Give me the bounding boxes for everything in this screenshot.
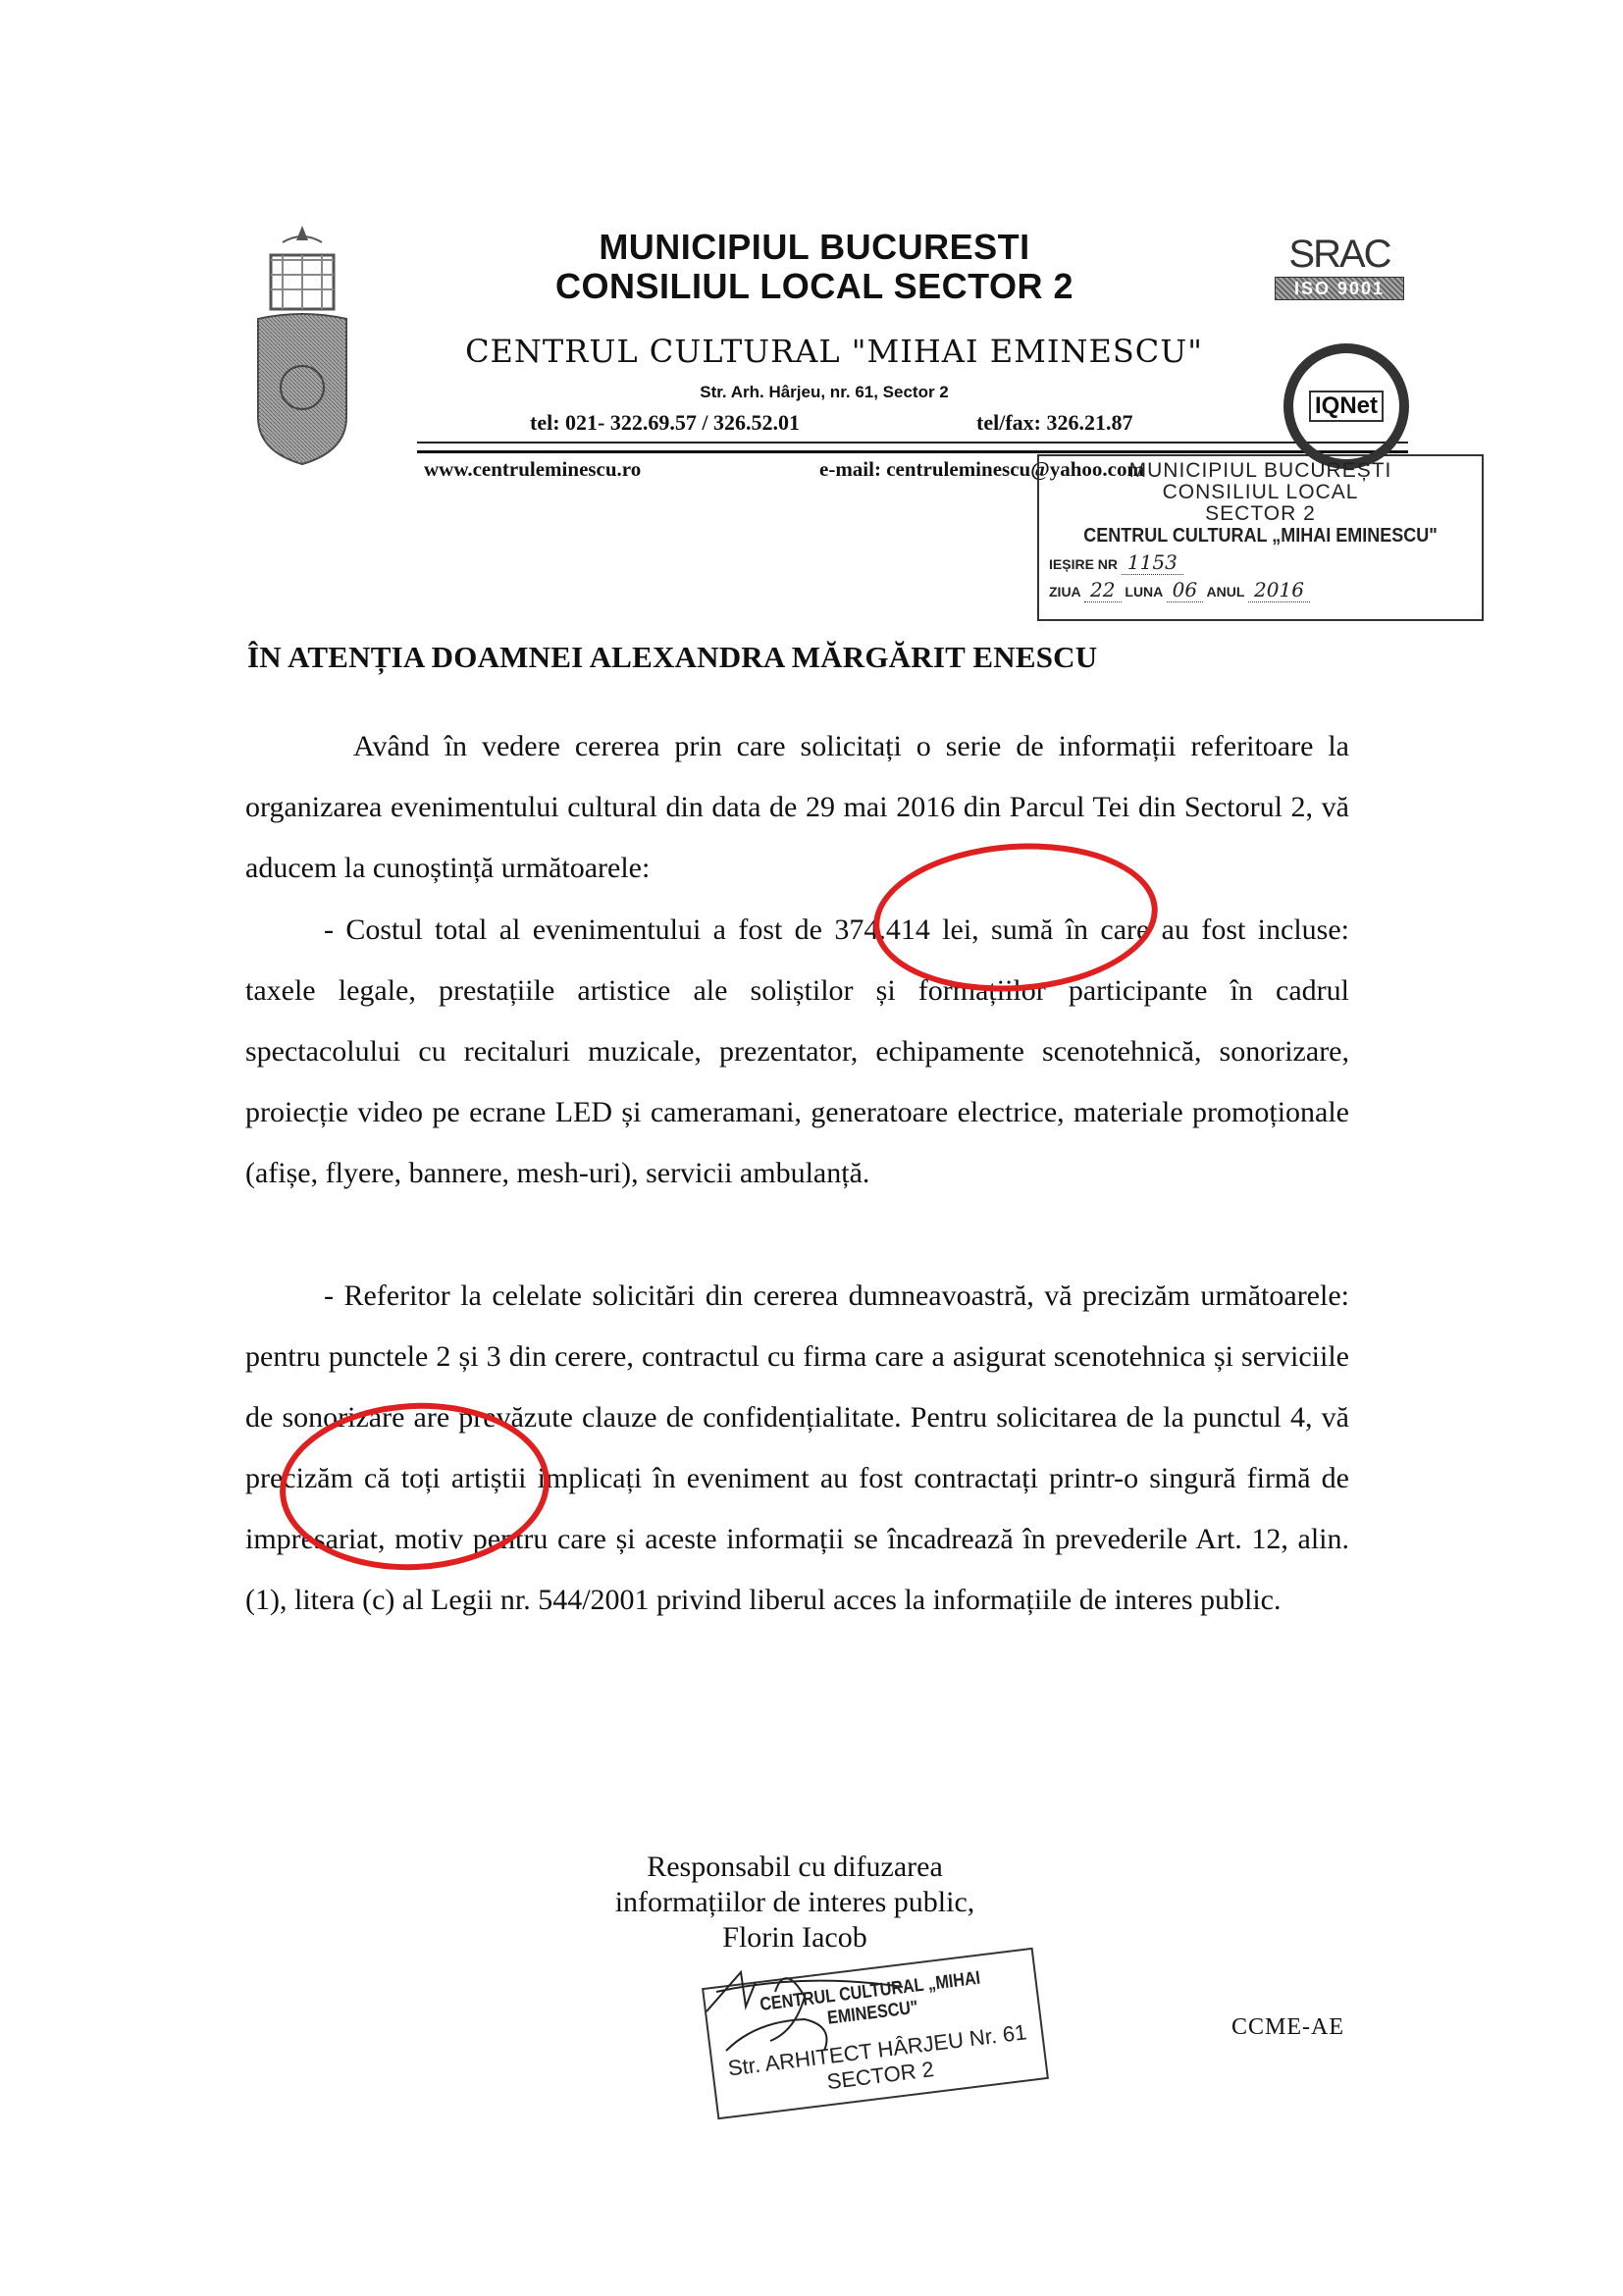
date-row: ZIUA 22 LUNA 06 ANUL 2016 — [1039, 578, 1482, 601]
header-divider — [417, 450, 1408, 453]
institution-phone: tel: 021- 322.69.57 / 326.52.01 — [530, 410, 800, 436]
srac-iso-certification-icon: SRAC ISO 9001 — [1266, 235, 1413, 334]
exit-label: IEȘIRE NR — [1049, 556, 1118, 572]
iqnet-label: IQNet — [1309, 391, 1384, 422]
stamp-line: CONSILIUL LOCAL — [1039, 482, 1482, 503]
exit-number: 1153 — [1122, 550, 1183, 575]
year-value: 2016 — [1248, 578, 1310, 602]
day-label: ZIUA — [1049, 584, 1080, 600]
iso-badge: ISO 9001 — [1275, 277, 1404, 300]
exit-number-row: IEȘIRE NR 1153 — [1039, 550, 1482, 574]
paragraph-intro: Având în vedere cererea prin care solici… — [245, 716, 1349, 899]
handwritten-signature-icon — [687, 1953, 942, 2061]
year-label: ANUL — [1206, 584, 1244, 600]
header-divider — [417, 442, 1408, 444]
month-label: LUNA — [1125, 584, 1162, 600]
reference-code: CCME-AE — [1231, 2014, 1344, 2041]
institution-fax: tel/fax: 326.21.87 — [976, 410, 1132, 436]
srac-logo: SRAC — [1266, 235, 1413, 273]
day-value: 22 — [1084, 578, 1121, 602]
iqnet-certification-icon: IQNet — [1283, 343, 1409, 469]
signatory-title-line2: informațiilor de interes public, — [569, 1885, 1021, 1920]
coat-of-arms-icon — [253, 221, 351, 466]
website-link[interactable]: www.centruleminescu.ro — [424, 457, 641, 482]
stamp-line: MUNICIPIUL BUCUREȘTI — [1039, 460, 1482, 482]
addressee-line: ÎN ATENȚIA DOAMNEI ALEXANDRA MĂRGĂRIT EN… — [247, 640, 1097, 675]
council-name: CONSILIUL LOCAL SECTOR 2 — [461, 267, 1168, 306]
stamp-line: CENTRUL CULTURAL „MIHAI EMINESCU" — [1062, 525, 1460, 547]
signature-block: Responsabil cu difuzarea informațiilor d… — [569, 1850, 1021, 1956]
paragraph-cost: - Costul total al evenimentului a fost d… — [245, 900, 1349, 1204]
stamp-line: SECTOR 2 — [1039, 503, 1482, 525]
signatory-title-line1: Responsabil cu difuzarea — [569, 1850, 1021, 1885]
registration-stamp: MUNICIPIUL BUCUREȘTI CONSILIUL LOCAL SEC… — [1037, 454, 1484, 621]
institution-name: CENTRUL CULTURAL "MIHAI EMINESCU" — [412, 334, 1256, 369]
signatory-name: Florin Iacob — [569, 1920, 1021, 1956]
month-value: 06 — [1167, 578, 1203, 602]
municipality-heading: MUNICIPIUL BUCURESTI CONSILIUL LOCAL SEC… — [461, 228, 1168, 306]
municipality-name: MUNICIPIUL BUCURESTI — [461, 228, 1168, 267]
institution-address: Str. Arh. Hârjeu, nr. 61, Sector 2 — [510, 383, 1138, 402]
